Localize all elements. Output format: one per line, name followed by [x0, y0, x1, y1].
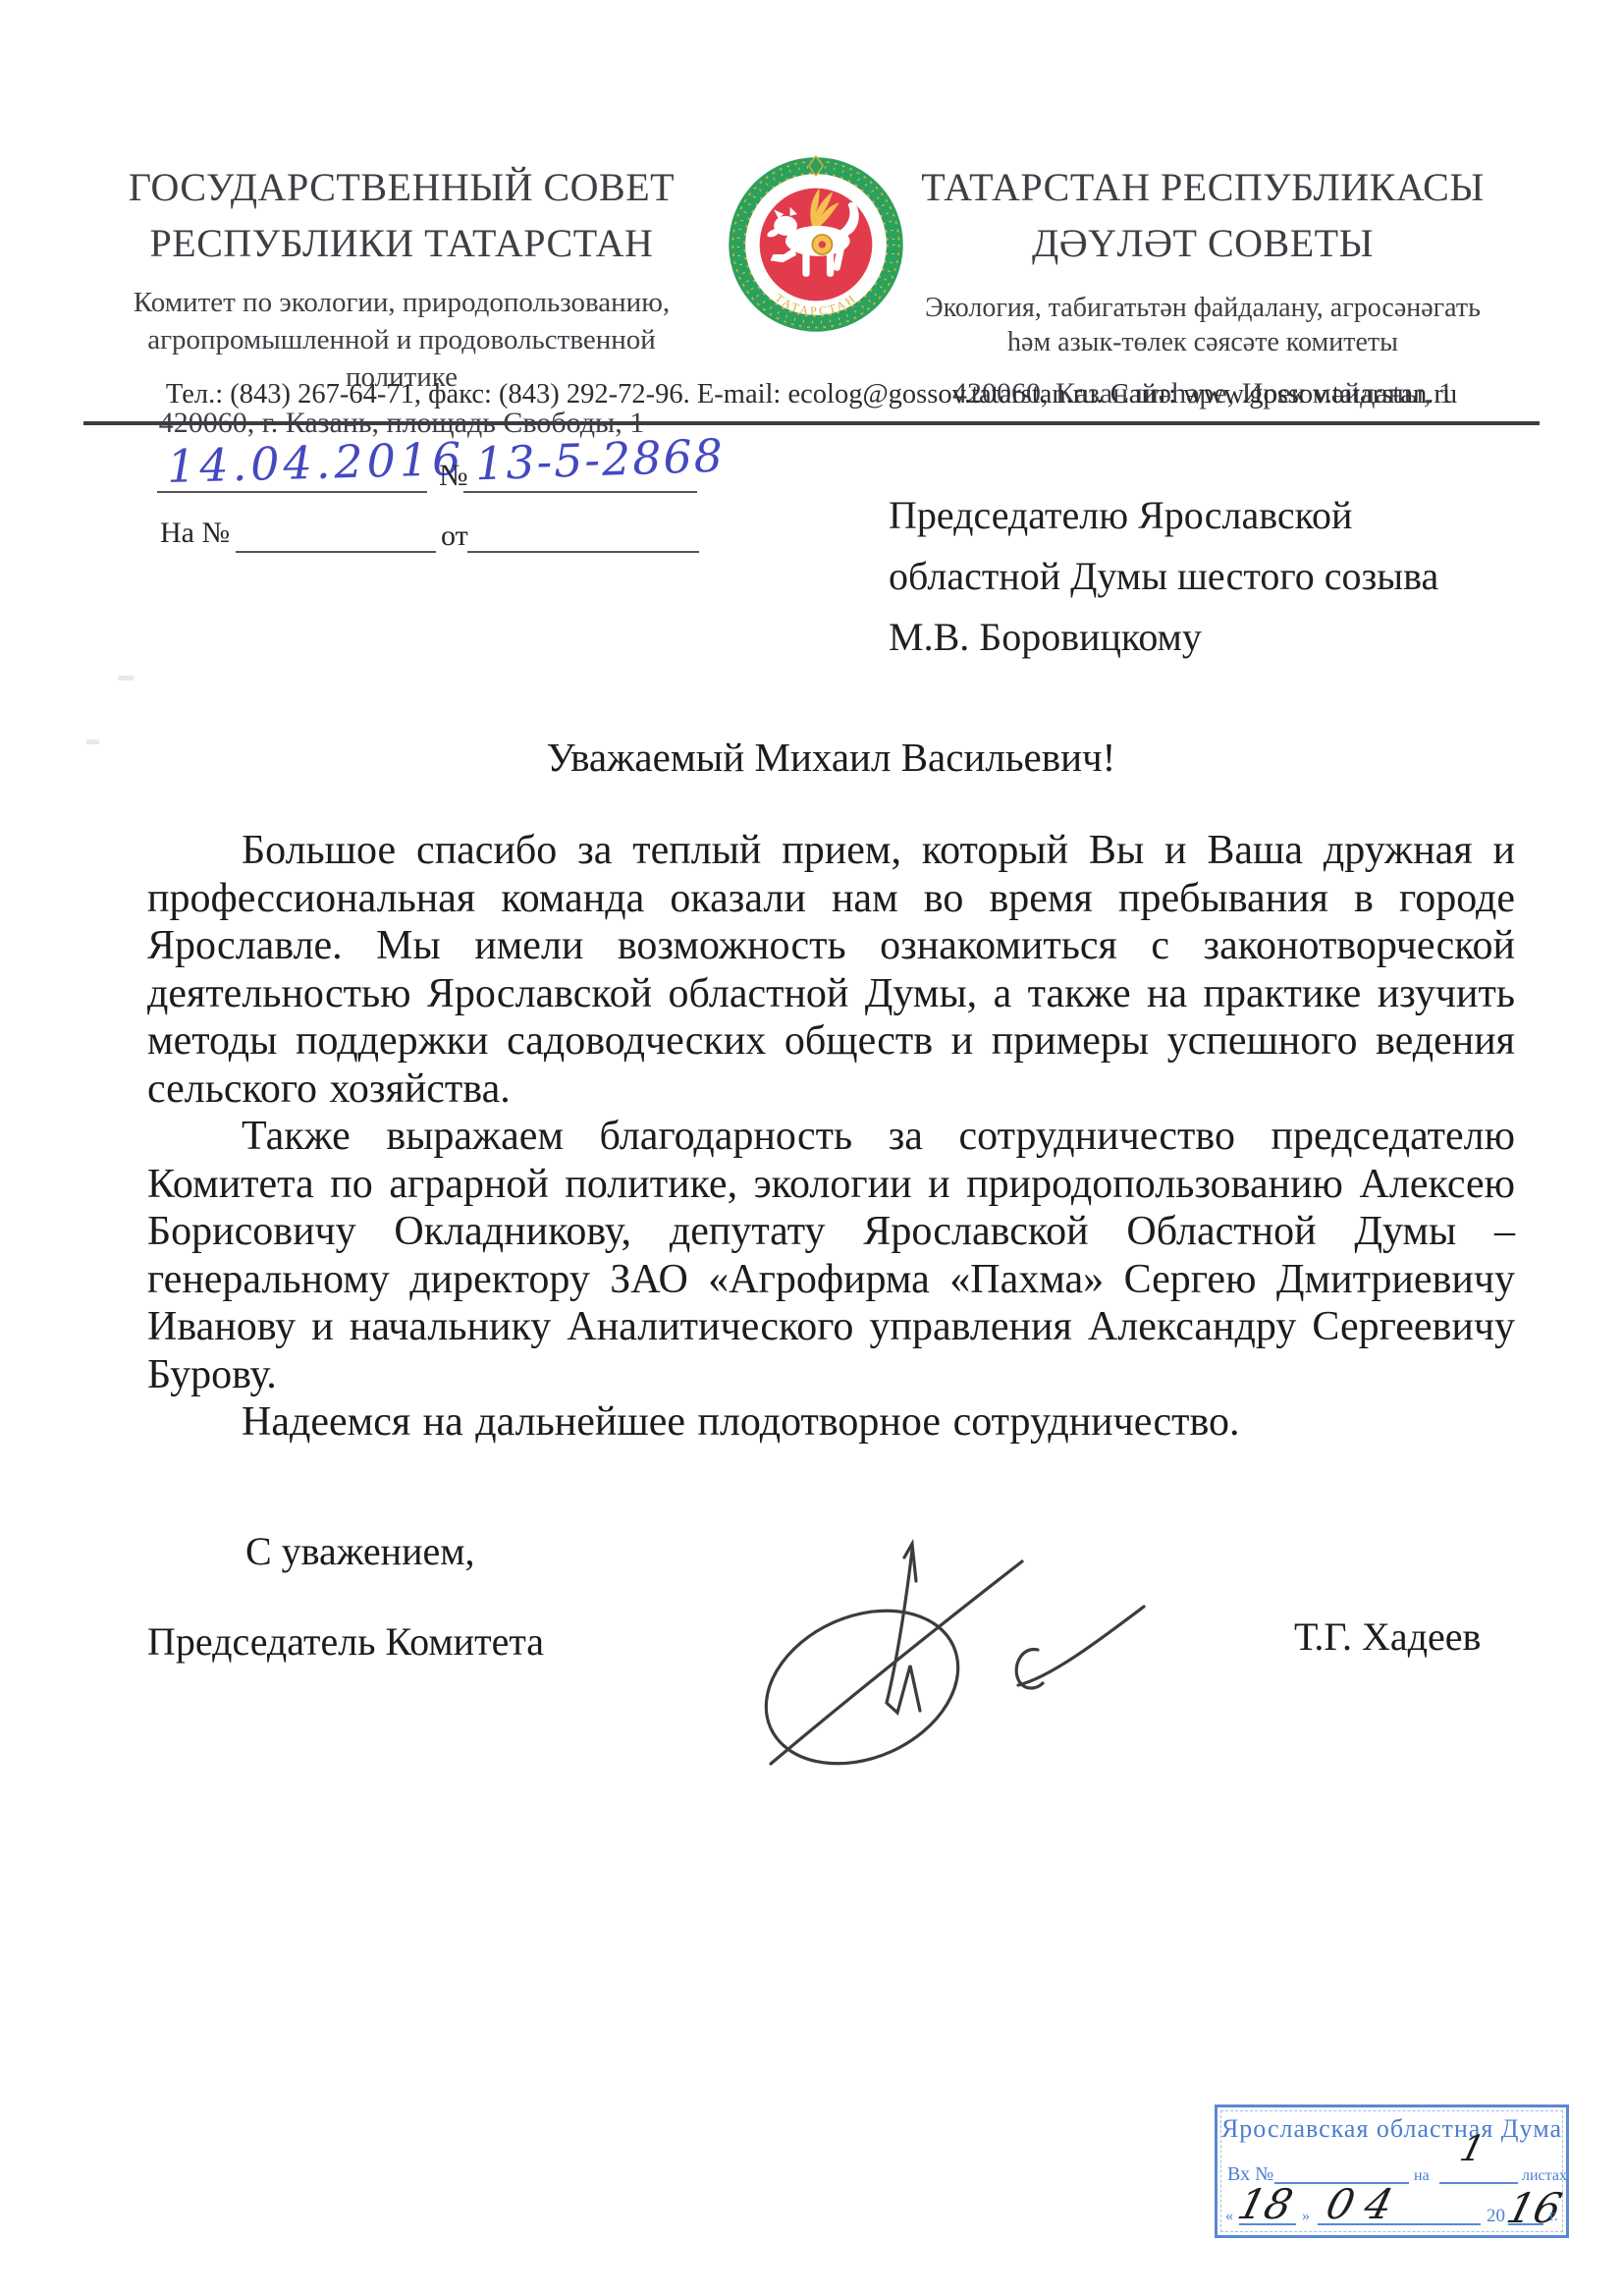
incoming-registration-stamp: Ярославская областная Дума Вх № на 1 лис… [1215, 2105, 1569, 2238]
org-title-ru-line2: РЕСПУБЛИКИ ТАТАРСТАН [90, 215, 713, 271]
org-title-ru: ГОСУДАРСТВЕННЫЙ СОВЕТ РЕСПУБЛИКИ ТАТАРСТ… [90, 159, 713, 271]
handwritten-signature [687, 1520, 1178, 1815]
org-title-ru-line1: ГОСУДАРСТВЕННЫЙ СОВЕТ [90, 159, 713, 215]
addressee-block: Председателю Ярославской областной Думы … [889, 485, 1522, 668]
reply-to-number-label: На № [160, 517, 230, 550]
signer-name: Т.Г. Хадеев [1294, 1613, 1481, 1660]
letterhead-right-column: ТАТАРСТАН РЕСПУБЛИКАСЫ ДӘҮЛӘТ СОВЕТЫ Эко… [915, 159, 1490, 410]
reply-from-label: от [441, 519, 468, 553]
addressee-line: Председателю Ярославской [889, 485, 1522, 546]
scan-artifact [118, 676, 134, 681]
signer-position: Председатель Комитета [147, 1618, 544, 1665]
addressee-line: областной Думы шестого созыва [889, 546, 1522, 607]
stamp-sheets-label: листах [1522, 2167, 1567, 2185]
committee-name-tatar-line1: Экология, табигатьтән файдалану, агросән… [915, 291, 1490, 325]
stamp-year-prefix: 20 [1487, 2206, 1505, 2227]
addressee-line: М.В. Боровицкому [889, 607, 1522, 668]
salutation: Уважаемый Михаил Васильевич! [147, 734, 1515, 781]
body-paragraph: Большое спасибо за теплый прием, который… [147, 827, 1515, 1113]
number-sign-label: № [439, 458, 468, 493]
committee-name-ru-line1: Комитет по экологии, природопользованию, [90, 284, 713, 321]
stamp-close-quote: » [1302, 2208, 1310, 2225]
stamp-on-label: на [1414, 2167, 1430, 2185]
org-title-tatar-line1: ТАТАРСТАН РЕСПУБЛИКАСЫ [915, 159, 1490, 215]
tatarstan-coat-of-arms: ТАТАРСТАН [727, 155, 905, 334]
org-title-tatar-line2: ДӘҮЛӘТ СОВЕТЫ [915, 215, 1490, 271]
stamp-sheets-underline [1439, 2182, 1518, 2184]
number-underline [463, 491, 697, 493]
tatarstan-emblem-image: ТАТАРСТАН [727, 155, 905, 334]
signature-scribble [687, 1520, 1178, 1815]
handwritten-date: 14.04.2016 [166, 432, 465, 493]
body-paragraph: Также выражаем благодарность за сотрудни… [147, 1113, 1515, 1398]
scanned-letter-page: ГОСУДАРСТВЕННЫЙ СОВЕТ РЕСПУБЛИКИ ТАТАРСТ… [0, 0, 1623, 2296]
stamp-open-quote: « [1225, 2208, 1233, 2225]
stamp-handwritten-month: 04 [1322, 2180, 1410, 2228]
stamp-org-name: Ярославская областная Дума [1217, 2114, 1566, 2144]
reply-date-underline [467, 551, 699, 553]
closing-regards: С уважением, [245, 1528, 475, 1574]
letter-body: Большое спасибо за теплый прием, который… [147, 827, 1515, 1447]
body-paragraph: Надеемся на дальнейшее плодотворное сотр… [147, 1398, 1515, 1447]
committee-name-tatar-line2: һәм азык-төлек сәясәте комитеты [915, 325, 1490, 359]
letterhead-divider [83, 421, 1540, 425]
org-title-tatar: ТАТАРСТАН РЕСПУБЛИКАСЫ ДӘҮЛӘТ СОВЕТЫ [915, 159, 1490, 271]
handwritten-outgoing-number: 13-5-2868 [474, 429, 726, 491]
stamp-handwritten-day: 18 [1233, 2180, 1298, 2228]
contact-line: Тел.: (843) 267-64-71, факс: (843) 292-7… [83, 379, 1540, 410]
committee-name-tatar: Экология, табигатьтән файдалану, агросән… [915, 291, 1490, 359]
scan-artifact [86, 739, 99, 744]
stamp-year-suffix: г. [1549, 2208, 1558, 2225]
reply-number-underline [236, 551, 436, 553]
